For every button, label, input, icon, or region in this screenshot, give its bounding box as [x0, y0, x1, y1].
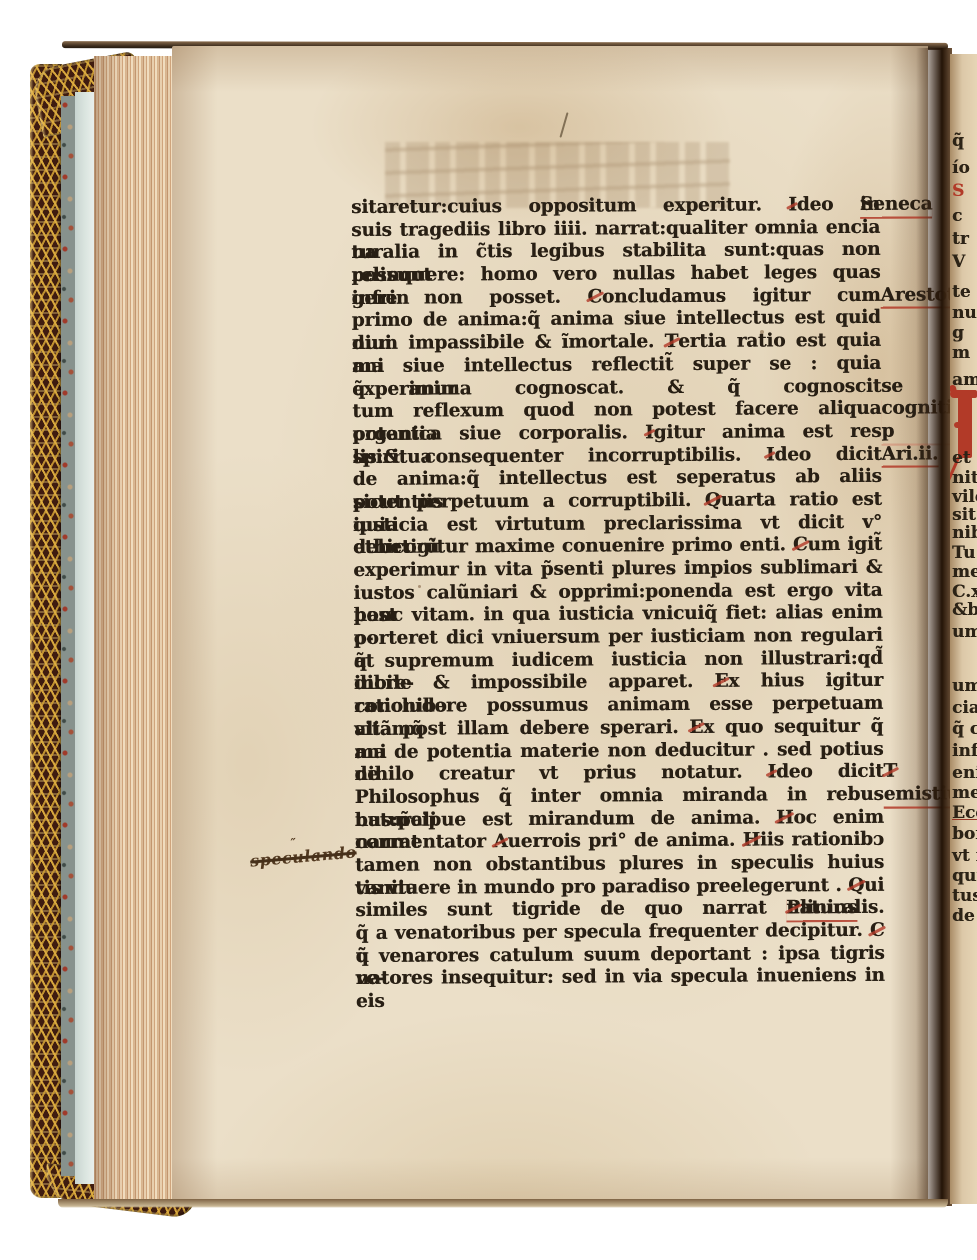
text-line: gere non posset. Concludamus igitur cum … — [352, 285, 881, 311]
facing-page-text-fragment: nu — [952, 303, 977, 323]
facing-page-text-fragment: de ip̃ — [952, 906, 977, 926]
facing-page-edge: q̃íoSctrVtenugmametnitivilesit.nibTumelC… — [950, 54, 977, 1204]
text-line: tis viuere in mundo pro paradiso preeleg… — [355, 874, 884, 900]
facing-page-text-fragment: enim — [952, 763, 977, 783]
facing-page-text-fragment: tus A — [952, 886, 977, 906]
facing-page-text-fragment: tr — [952, 229, 969, 249]
text-line: num impassibile & ĩmortale. Tertia ratio… — [352, 330, 881, 356]
book-photograph: sitaretur:cuius oppositum experitur. Ide… — [0, 0, 977, 1260]
facing-page-text-fragment: men — [952, 783, 977, 803]
text-line: primo de anima:q̃ anima siue intellectus… — [352, 307, 881, 333]
facing-page-text-fragment: boni — [952, 824, 977, 844]
text-line: de anima:q̃ intellectus est seperatus ab… — [353, 466, 882, 492]
facing-page-text-fragment: um& — [952, 676, 977, 696]
text-line: similes sunt tigride de quo narrat Plini… — [355, 897, 884, 923]
text-block: sitaretur:cuius oppositum experitur. Ide… — [351, 194, 885, 991]
facing-page-text-fragment: cia so — [952, 698, 977, 718]
facing-page-text-fragment: mel — [952, 562, 977, 582]
facing-page-text-fragment: q̃ — [952, 131, 964, 151]
facing-page-text-fragment: nib — [952, 523, 977, 543]
facing-page-text-fragment: q̃ cul — [952, 719, 977, 739]
facing-page-text-fragment: te — [952, 282, 971, 302]
text-line: tum reflexum quod non potest facere aliq… — [352, 398, 881, 424]
rubricated-initial-arm — [954, 422, 964, 428]
facing-page-text-fragment: um — [952, 622, 977, 642]
facing-page-text-fragment: S — [952, 181, 964, 201]
facing-page-text-fragment: et — [952, 448, 971, 468]
facing-page-text-fragment: niti — [952, 468, 977, 488]
facing-page-text-fragment: infer — [952, 741, 977, 761]
facing-page-text-fragment: c — [952, 206, 962, 226]
facing-page-text-fragment: quit — [952, 866, 977, 886]
facing-page-text-fragment: Eccl — [952, 803, 977, 823]
book-gutter-shadow — [916, 48, 952, 1206]
text-line: sicut perpetuum a corruptibili. Quarta r… — [353, 489, 882, 515]
text-line: q̃ supremum iudicem iusticia non illustr… — [354, 648, 883, 674]
marbled-pastedown-edge — [61, 96, 75, 1176]
text-line: q̃ venarores catulum suum deportant : ip… — [356, 942, 885, 968]
text-line: ma siue intellectus reflectit̃ super se … — [352, 353, 881, 379]
text-line: turalia in c̃tis legibus stabilita sunt:… — [351, 239, 880, 265]
text-line: nihilo creatur vt prius notatur. Ideo di… — [354, 761, 883, 787]
facing-page-text-fragment: sit. — [952, 505, 977, 525]
gilt-binding-edge — [30, 64, 62, 1198]
facing-page-text-fragment: vt no — [952, 846, 977, 866]
text-line: vitã post illam debere sperari. Ex quo s… — [354, 716, 883, 742]
text-line: ma de potentia materie non deducitur . s… — [354, 738, 883, 764]
endpaper-edge — [75, 92, 94, 1184]
facing-page-text-fragment: vile — [952, 487, 977, 507]
text-line: conmentator Auerrois pri° de anima. Hiis… — [355, 829, 884, 855]
text-line: natores insequitur: sed in via specula i… — [356, 965, 885, 991]
text-line: q̃ a venatoribus per specula frequenter … — [355, 920, 884, 946]
text-line: tamen non obstantibus plures in speculis… — [355, 852, 884, 878]
text-line: hanc vitam. in qua iusticia vnicuiq̃ fie… — [353, 602, 882, 628]
text-line: bus:p̃cipue est mirandum de anima. Hoc e… — [355, 806, 884, 832]
facing-page-text-fragment: g — [952, 323, 964, 343]
facing-page-text-fragment: &b — [952, 600, 977, 620]
text-line: lis:& consequenter incorruptibilis. Ideo… — [353, 443, 882, 469]
text-line: concludere possumus animam esse perpetua… — [354, 693, 883, 719]
text-line: porteret dici vniuersum per iusticiam no… — [354, 625, 883, 651]
text-line: organica siue corporalis. Igitur anima e… — [352, 421, 881, 447]
text-line: Philosophus q̃ inter omnia miranda in re… — [355, 784, 884, 810]
facing-page-text-fragment: ío — [952, 158, 970, 178]
text-line: dibile & impossibile apparet. Ex hius ig… — [354, 670, 883, 696]
text-line: suis tragediis libro iiii. narrat:qualit… — [351, 216, 880, 242]
facing-page-text-fragment: m — [952, 343, 970, 363]
page-block-fore-edge — [94, 56, 174, 1202]
book-bottom-edge — [58, 1199, 948, 1208]
text-line: debetigitur maxime conuenire primo enti.… — [353, 534, 882, 560]
text-line: experimur in vita p̃senti plures impios … — [353, 557, 882, 583]
text-line: relinquere: homo vero nullas habet leges… — [351, 262, 880, 288]
facing-page-text-fragment: am — [952, 370, 977, 390]
facing-page-text-fragment: C.x — [952, 582, 977, 602]
text-line: sitaretur:cuius oppositum experitur. Ide… — [351, 194, 880, 220]
text-line: q̃ anima cognoscat. & q̃ cognoscit se co… — [352, 375, 881, 401]
facing-page-text-fragment: Tu — [952, 543, 975, 563]
text-line: iusticia est virtutum preclarissima vt d… — [353, 511, 882, 537]
text-line: iustos calũniari & opprimi:ponenda est e… — [353, 579, 882, 605]
facing-page-text-fragment: V — [952, 252, 965, 272]
